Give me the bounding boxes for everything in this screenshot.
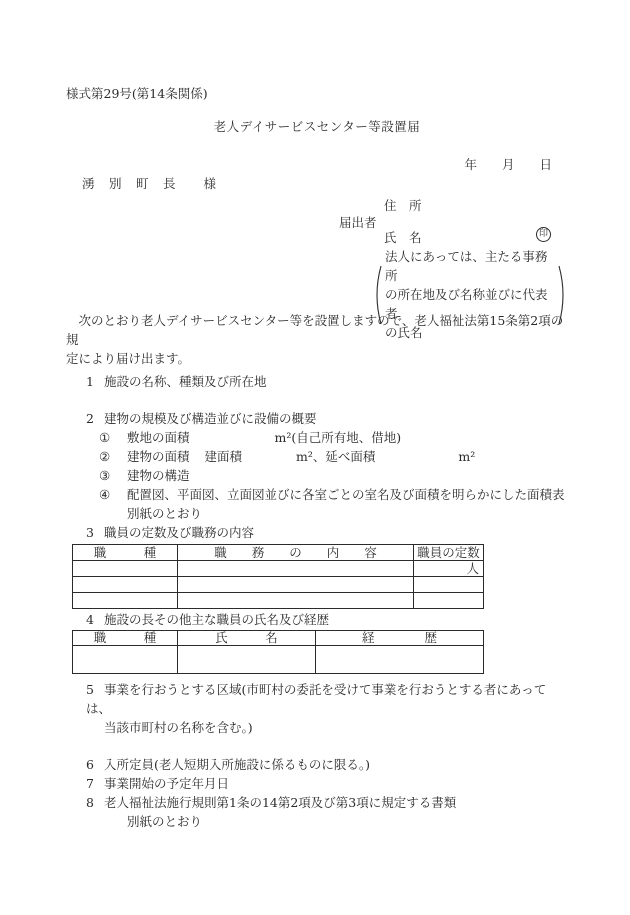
director-table-row [73,646,484,674]
staff-cell [178,577,414,593]
item-3-number: 3 [86,523,104,542]
subitem-1-unit: m²(自己所有地、借地) [275,430,402,445]
left-paren-icon [372,265,382,325]
seal-stamp-icon: 印 [536,227,551,242]
submitter-block: 住 所 届出者 氏 名 印 法人にあっては、主たる事務所 の所在地及び名称並びに… [66,193,568,311]
item-7-number: 7 [86,774,104,793]
staff-cell [414,593,484,609]
subitem-1: ①敷地の面積m²(自己所有地、借地) [99,428,568,447]
declarant-label: 届出者 [339,213,377,232]
document-page: 様式第29号(第14条関係) 老人デイサービスセンター等設置届 年 月 日 湧 … [0,0,630,915]
director-table: 職 種 氏 名 経 歴 [72,630,484,674]
subitem-4-text: 配置図、平面図、立面図並びに各室ごとの室名及び面積を明らかにした面積表 [127,487,565,502]
subitem-3: ③建物の構造 [99,466,568,485]
item-4-number: 4 [86,610,104,629]
document-title: 老人デイサービスセンター等設置届 [66,117,568,136]
item-5-line-2: 当該市町村の名称を含む。) [104,718,568,737]
item-1: 1施設の名称、種類及び所在地 [86,372,568,391]
item-7: 7事業開始の予定年月日 [86,774,568,793]
staff-cell [73,561,178,577]
spacer [190,460,205,461]
date-line: 年 月 日 [66,155,568,174]
staff-table-header-row: 職 種 職 務 の 内 容 職員の定数 [73,545,484,561]
subitem-2-unit2: m² [458,449,475,464]
director-header-job-type: 職 種 [73,631,178,646]
addressee-line: 湧 別 町 長 様 [82,174,568,193]
item-5-line-1: 事業を行おうとする区域(市町村の委託を受けて事業を行おうとする者にあっては、 [86,682,546,716]
corporate-note: 法人にあっては、主たる事務所 の所在地及び名称並びに代表者 の氏名 [372,247,568,342]
item-1-number: 1 [86,372,104,391]
item-1-text: 施設の名称、種類及び所在地 [104,374,267,389]
staff-cell-unit-person: 人 [414,561,484,577]
staff-header-duties: 職 務 の 内 容 [178,545,414,561]
intro-line-2: 定により届け出ます。 [66,349,568,368]
staff-cell [178,593,414,609]
subitem-2-unit1: m²、延べ面積 [296,449,375,464]
subitem-4-number: ④ [99,485,127,504]
item-6-number: 6 [86,755,104,774]
item-2: 2建物の規模及び構造並びに設備の概要 [86,409,568,428]
fill-in-blank [242,460,296,461]
note-line-3: の氏名 [385,323,555,342]
address-label: 住 所 [384,196,422,215]
staff-table-row [73,593,484,609]
note-line-1: 法人にあっては、主たる事務所 [385,247,555,285]
subitem-3-label: 建物の構造 [127,468,190,483]
subitem-2: ②建物の面積建面積m²、延べ面積m² [99,447,568,466]
director-cell [178,646,316,674]
staff-table: 職 種 職 務 の 内 容 職員の定数 人 [72,544,484,609]
item-3-text: 職員の定数及び職務の内容 [104,525,254,540]
right-paren-icon [558,265,568,325]
staff-cell [73,577,178,593]
item-8-text: 老人福祉法施行規則第1条の14第2項及び第3項に規定する書類 [104,795,456,810]
item-6-text: 入所定員(老人短期入所施設に係るものに限る。) [104,757,370,772]
subitem-1-label: 敷地の面積 [127,430,190,445]
form-number: 様式第29号(第14条関係) [66,84,568,103]
item-5-number: 5 [86,680,104,699]
director-cell [73,646,178,674]
item-8: 8老人福祉法施行規則第1条の14第2項及び第3項に規定する書類 [86,793,568,812]
item-4-text: 施設の長その他主な職員の氏名及び経歴 [104,612,329,627]
item-2-number: 2 [86,409,104,428]
staff-cell [178,561,414,577]
fill-in-blank [190,441,275,442]
staff-cell [73,593,178,609]
subitem-4: ④配置図、平面図、立面図並びに各室ごとの室名及び面積を明らかにした面積表 [99,485,568,504]
item-4: 4施設の長その他主な職員の氏名及び経歴 [86,610,568,629]
subitem-2-label: 建物の面積 [127,449,190,464]
director-table-header-row: 職 種 氏 名 経 歴 [73,631,484,646]
staff-cell [414,577,484,593]
item-7-text: 事業開始の予定年月日 [104,776,229,791]
staff-table-row: 人 [73,561,484,577]
name-label: 氏 名 [384,228,422,247]
director-header-career: 経 歴 [316,631,484,646]
subitem-3-number: ③ [99,466,127,485]
item-6: 6入所定員(老人短期入所施設に係るものに限る。) [86,755,568,774]
item-5: 5事業を行おうとする区域(市町村の委託を受けて事業を行おうとする者にあっては、 [86,680,568,718]
note-line-2: の所在地及び名称並びに代表者 [385,285,555,323]
subitem-1-number: ① [99,428,127,447]
director-header-name: 氏 名 [178,631,316,646]
item-2-text: 建物の規模及び構造並びに設備の概要 [104,411,317,426]
item-3: 3職員の定数及び職務の内容 [86,523,568,542]
item-8-number: 8 [86,793,104,812]
attachment-note-1: 別紙のとおり [127,504,568,523]
subitem-2-field1: 建面積 [205,449,243,464]
staff-header-job-type: 職 種 [73,545,178,561]
fill-in-blank [375,460,458,461]
subitem-2-number: ② [99,447,127,466]
director-cell [316,646,484,674]
attachment-note-2: 別紙のとおり [127,812,568,831]
staff-header-quota: 職員の定数 [414,545,484,561]
staff-table-row [73,577,484,593]
